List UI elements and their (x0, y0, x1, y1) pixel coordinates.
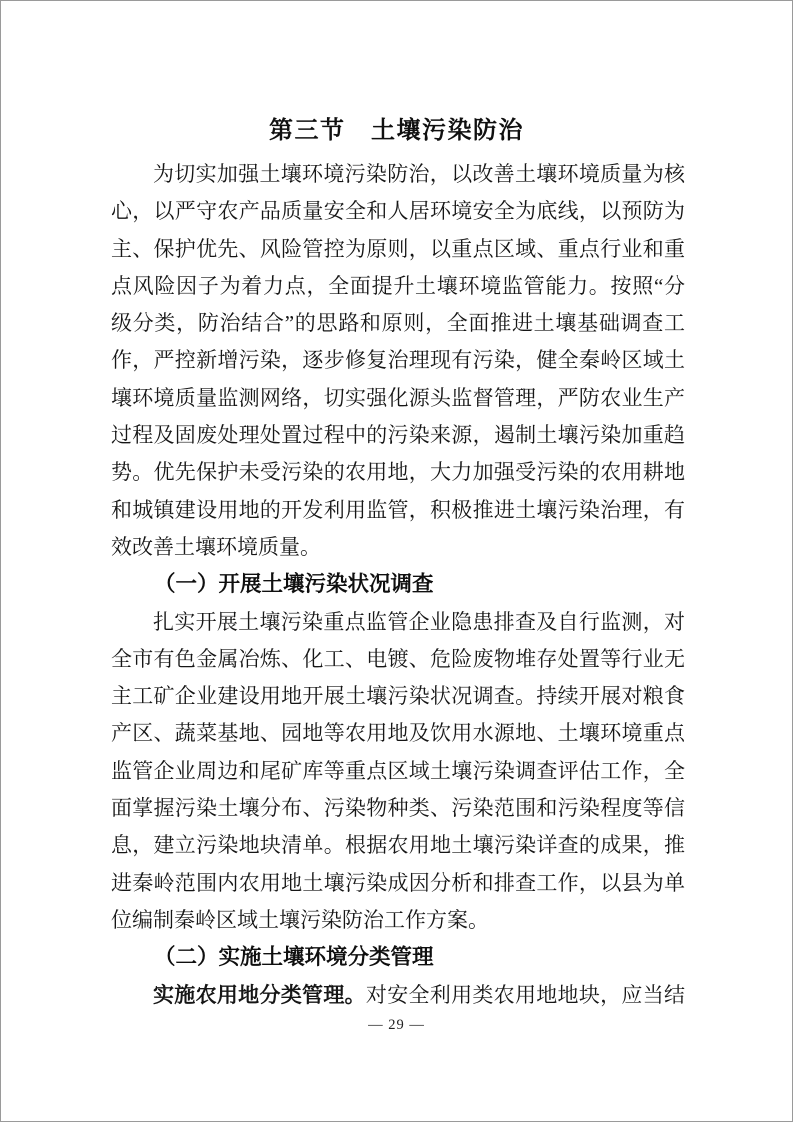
paragraph-1: 为切实加强土壤环境污染防治，以改善土壤环境质量为核 心，以严守农产品质量安全和人… (111, 156, 685, 566)
text-line: 为切实加强土壤环境污染防治，以改善土壤环境质量为核 (111, 156, 685, 193)
text-line: 过程及固废处理处置过程中的污染来源，遏制土壤污染加重趋 (111, 417, 685, 454)
subheading-2: （二）实施土壤环境分类管理 (111, 939, 685, 976)
bold-lead: 实施农用地分类管理。 (153, 983, 366, 1007)
paragraph-3-rest: 对安全利用类农用地地块，应当结 (366, 983, 685, 1007)
text-line: 心，以严守农产品质量安全和人居环境安全为底线，以预防为 (111, 193, 685, 230)
text-line: 实施农用地分类管理。对安全利用类农用地地块，应当结 (111, 977, 685, 1014)
text-line: 息，建立污染地块清单。根据农用地土壤污染详查的成果，推 (111, 827, 685, 864)
text-line: 点风险因子为着力点，全面提升土壤环境监管能力。按照“分 (111, 268, 685, 305)
section-title: 第三节 土壤污染防治 (1, 1, 792, 147)
text-line: 主、保护优先、风险管控为原则，以重点区域、重点行业和重 (111, 231, 685, 268)
document-page: 第三节 土壤污染防治 为切实加强土壤环境污染防治，以改善土壤环境质量为核 心，以… (0, 0, 793, 1122)
text-line: 和城镇建设用地的开发利用监管，积极推进土壤污染治理，有 (111, 492, 685, 529)
text-line: 位编制秦岭区域土壤污染防治工作方案。 (111, 902, 685, 939)
text-line: 产区、蔬菜基地、园地等农用地及饮用水源地、土壤环境重点 (111, 715, 685, 752)
text-line: 势。优先保护未受污染的农用地，大力加强受污染的农用耕地 (111, 454, 685, 491)
text-line: 作，严控新增污染，逐步修复治理现有污染，健全秦岭区域土 (111, 342, 685, 379)
text-line: 全市有色金属冶炼、化工、电镀、危险废物堆存处置等行业无 (111, 641, 685, 678)
text-line: 扎实开展土壤污染重点监管企业隐患排查及自行监测，对 (111, 604, 685, 641)
text-line: 效改善土壤环境质量。 (111, 529, 685, 566)
text-line: 面掌握污染土壤分布、污染物种类、污染范围和污染程度等信 (111, 790, 685, 827)
text-line: 监管企业周边和尾矿库等重点区域土壤污染调查评估工作，全 (111, 753, 685, 790)
subheading-1: （一）开展土壤污染状况调查 (111, 566, 685, 603)
text-line: 进秦岭范围内农用地土壤污染成因分析和排查工作，以县为单 (111, 865, 685, 902)
text-line: 主工矿企业建设用地开展土壤污染状况调查。持续开展对粮食 (111, 678, 685, 715)
page-number: — 29 — (1, 1015, 792, 1035)
text-line: 级分类，防治结合”的思路和原则，全面推进土壤基础调查工 (111, 305, 685, 342)
text-line: 壤环境质量监测网络，切实强化源头监督管理，严防农业生产 (111, 380, 685, 417)
document-body: 为切实加强土壤环境污染防治，以改善土壤环境质量为核 心，以严守农产品质量安全和人… (111, 156, 685, 1014)
paragraph-3: 实施农用地分类管理。对安全利用类农用地地块，应当结 (111, 977, 685, 1014)
paragraph-2: 扎实开展土壤污染重点监管企业隐患排查及自行监测，对 全市有色金属冶炼、化工、电镀… (111, 604, 685, 940)
